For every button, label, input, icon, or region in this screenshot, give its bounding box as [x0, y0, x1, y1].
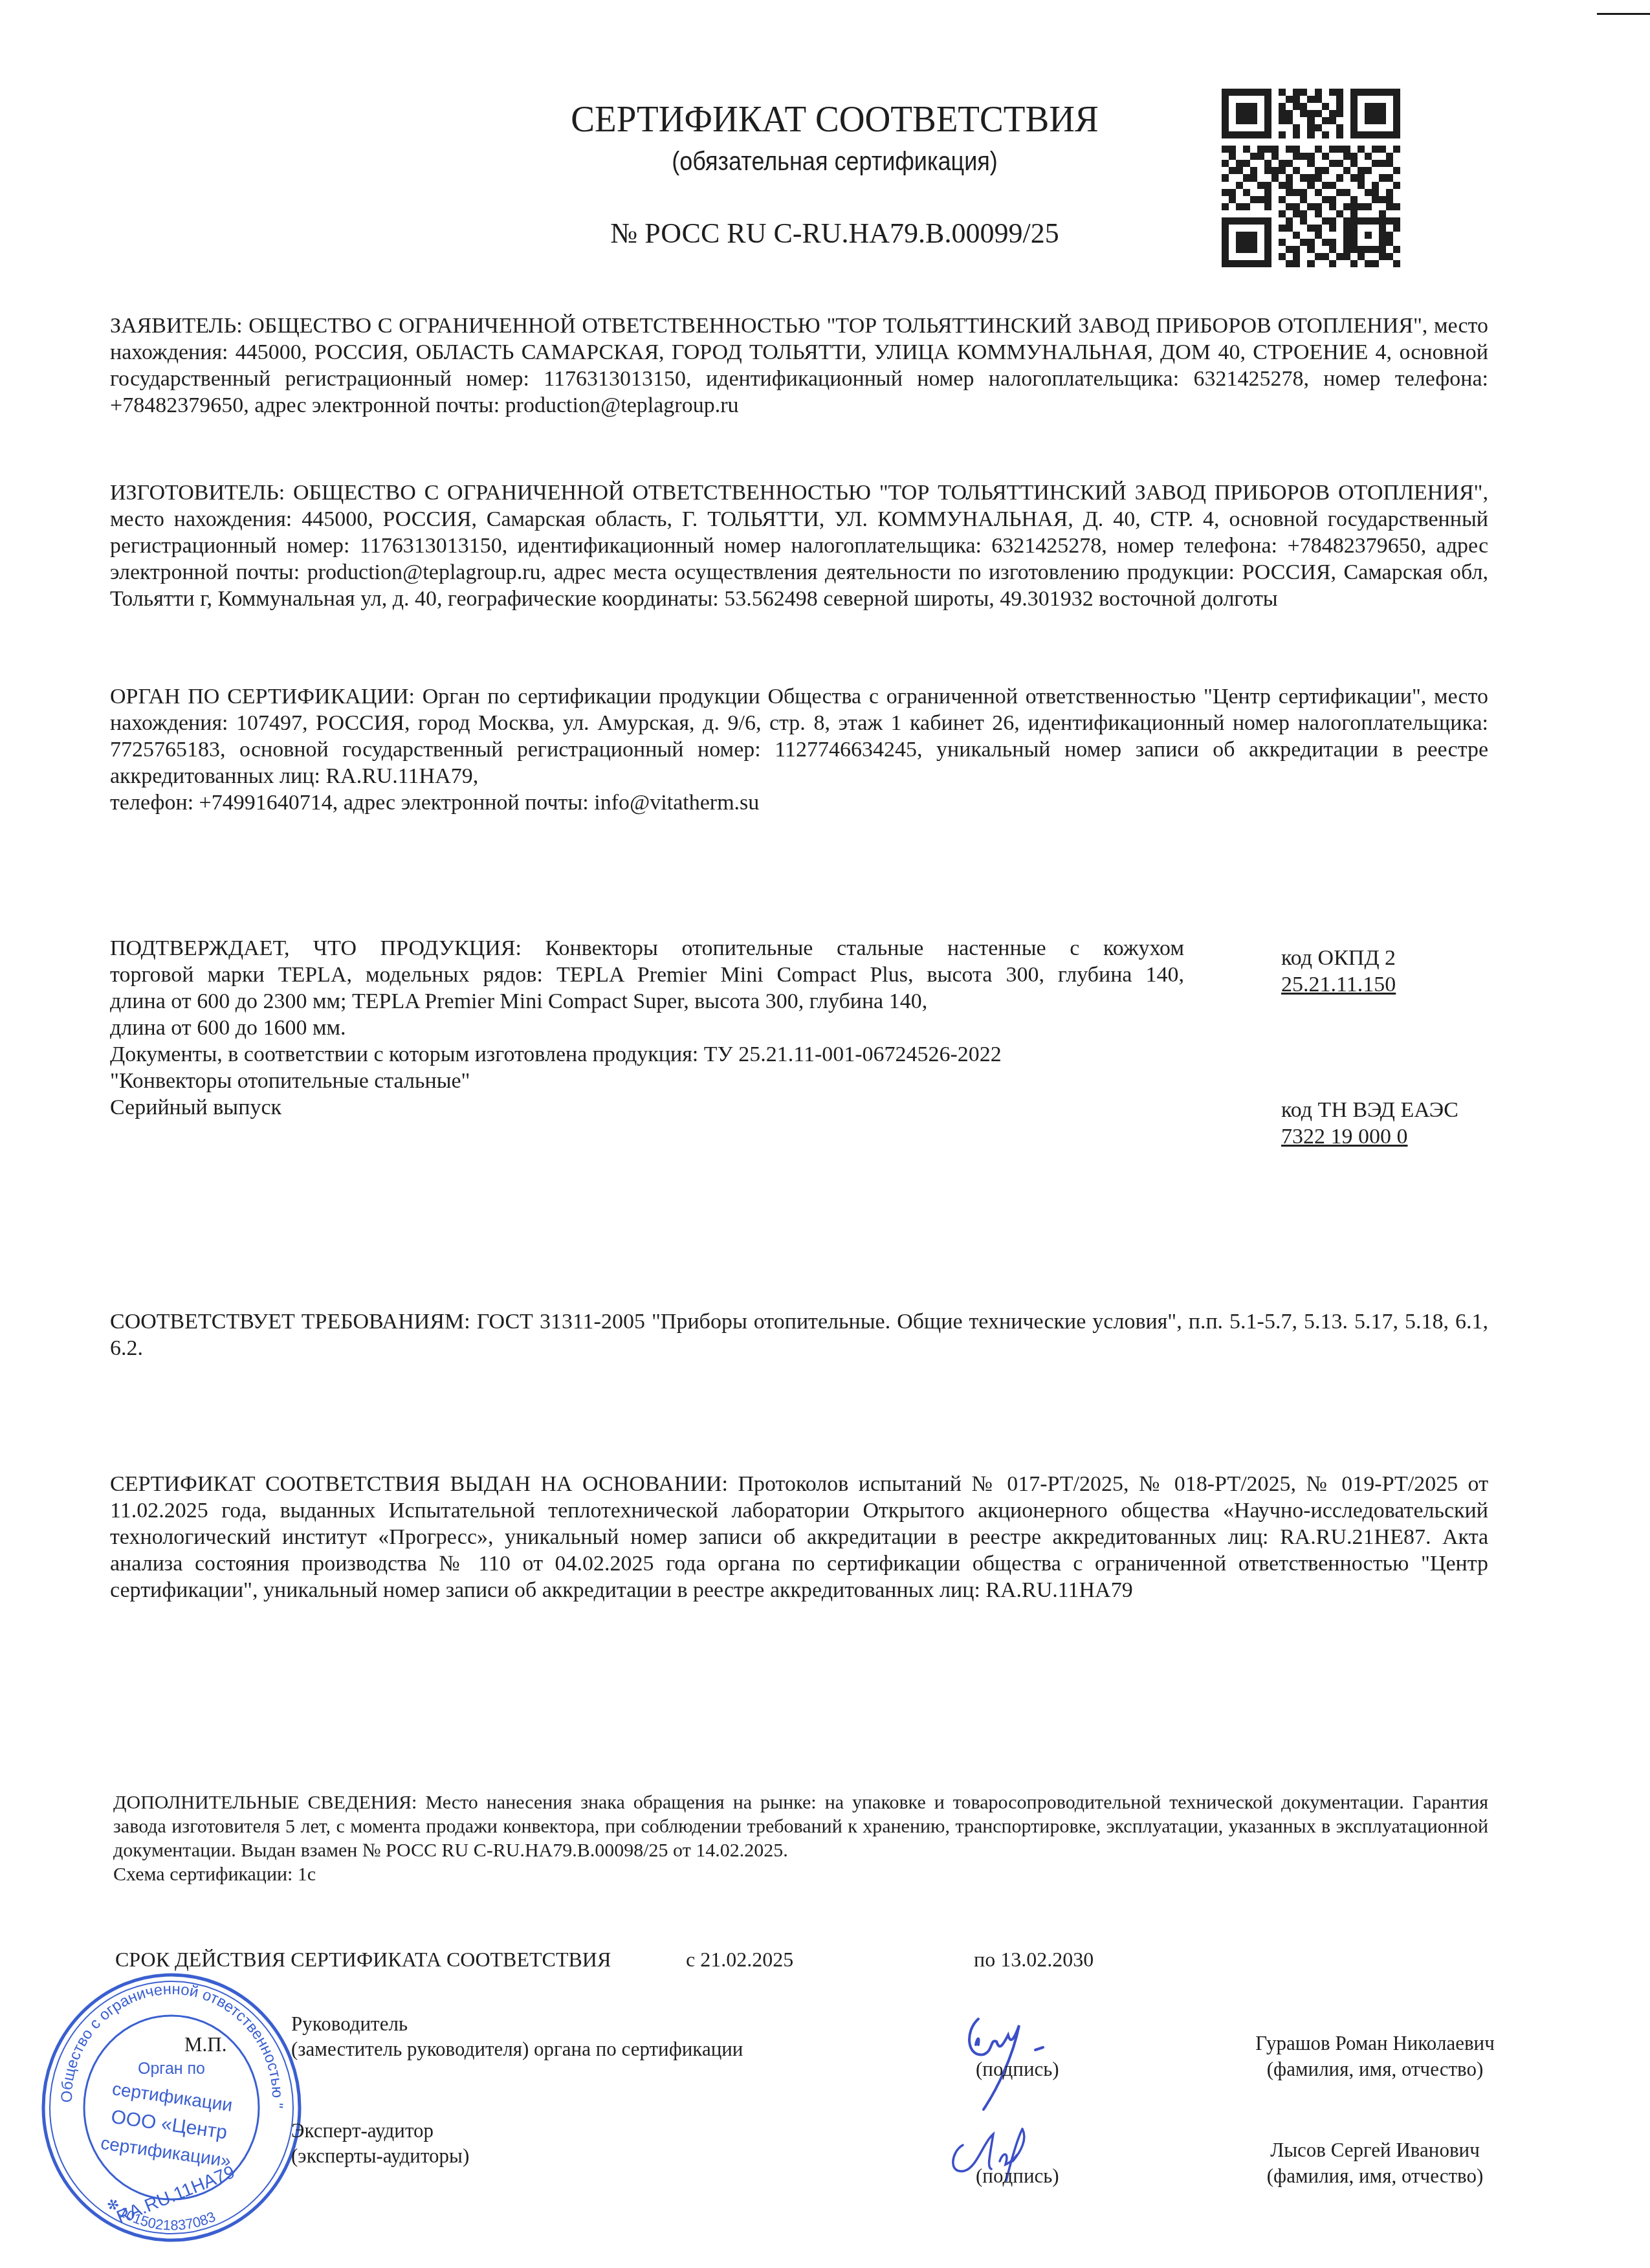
tnved-code: код ТН ВЭД ЕАЭС 7322 19 000 0 — [1281, 1097, 1458, 1150]
additional-section: ДОПОЛНИТЕЛЬНЫЕ СВЕДЕНИЯ: Место нанесения… — [113, 1790, 1488, 1886]
certification-body-section: ОРГАН ПО СЕРТИФИКАЦИИ: Орган по сертифик… — [110, 683, 1488, 816]
expert-signature-caption: (подпись) — [976, 2164, 1059, 2188]
head-role-line-2: (заместитель руководителя) органа по сер… — [291, 2036, 743, 2062]
okpd-label: код ОКПД 2 — [1281, 945, 1396, 971]
valid-from: с 21.02.2025 — [686, 1948, 793, 1972]
okpd-code: код ОКПД 2 25.21.11.150 — [1281, 945, 1396, 998]
expert-name-caption: (фамилия, имя, отчество) — [1239, 2164, 1511, 2188]
product-release: Серийный выпуск — [110, 1094, 1184, 1121]
svg-text:Орган по: Орган по — [138, 2060, 205, 2078]
manufacturer-label: ИЗГОТОВИТЕЛЬ: — [110, 481, 285, 505]
document-subtitle: (обязательная сертификация) — [573, 148, 1097, 177]
tnved-label: код ТН ВЭД ЕАЭС — [1281, 1097, 1458, 1123]
product-line-4: длина от 600 до 1600 мм. — [110, 1015, 1184, 1041]
expert-name: Лысов Сергей Иванович — [1239, 2139, 1511, 2162]
requirements-section: СООТВЕТСТВУЕТ ТРЕБОВАНИЯМ: ГОСТ 31311-20… — [110, 1308, 1488, 1361]
head-role: Руководитель (заместитель руководителя) … — [291, 2011, 743, 2062]
additional-label: ДОПОЛНИТЕЛЬНЫЕ СВЕДЕНИЯ: — [113, 1792, 417, 1813]
product-line-1: ПОДТВЕРЖДАЕТ, ЧТО ПРОДУКЦИЯ: Конвекторы … — [110, 935, 1184, 962]
requirements-label: СООТВЕТСТВУЕТ ТРЕБОВАНИЯМ: — [110, 1310, 470, 1334]
product-label: ПОДТВЕРЖДАЕТ, ЧТО ПРОДУКЦИЯ: — [110, 936, 522, 960]
stamp-place-label: М.П. — [184, 2032, 226, 2057]
qr-code-icon[interactable] — [1222, 89, 1400, 267]
expert-role: Эксперт-аудитор (эксперты-аудиторы) — [291, 2118, 469, 2168]
certification-body-label: ОРГАН ПО СЕРТИФИКАЦИИ: — [110, 685, 415, 709]
head-role-line-1: Руководитель — [291, 2011, 743, 2036]
corner-mark — [1597, 13, 1650, 15]
basis-section: СЕРТИФИКАТ СООТВЕТСТВИЯ ВЫДАН НА ОСНОВАН… — [110, 1471, 1488, 1603]
product-documents: Документы, в соответствии с которым изго… — [110, 1041, 1184, 1068]
certification-body-contact: телефон: +74991640714, адрес электронной… — [110, 789, 1488, 816]
head-name-caption: (фамилия, имя, отчество) — [1239, 2058, 1511, 2081]
expert-role-line-2: (эксперты-аудиторы) — [291, 2143, 469, 2168]
head-signature-caption: (подпись) — [976, 2058, 1059, 2081]
validity-label: СРОК ДЕЙСТВИЯ СЕРТИФИКАТА СООТВЕТСТВИЯ — [115, 1948, 611, 1972]
applicant-text: ОБЩЕСТВО С ОГРАНИЧЕННОЙ ОТВЕТСТВЕННОСТЬЮ… — [110, 314, 1488, 417]
expert-role-line-1: Эксперт-аудитор — [291, 2118, 469, 2143]
certification-body-stamp: Общество с ограниченной ответственностью… — [39, 1970, 304, 2242]
document-title: СЕРТИФИКАТ СООТВЕТСТВИЯ — [558, 97, 1112, 140]
okpd-value: 25.21.11.150 — [1281, 971, 1396, 998]
product-documents-name: "Конвекторы отопительные стальные" — [110, 1068, 1184, 1094]
manufacturer-section: ИЗГОТОВИТЕЛЬ: ОБЩЕСТВО С ОГРАНИЧЕННОЙ ОТ… — [110, 479, 1488, 612]
product-line-1-text: Конвекторы отопительные стальные настенн… — [545, 936, 1185, 960]
tnved-value: 7322 19 000 0 — [1281, 1123, 1458, 1150]
basis-label: СЕРТИФИКАТ СООТВЕТСТВИЯ ВЫДАН НА ОСНОВАН… — [110, 1472, 728, 1496]
applicant-label: ЗАЯВИТЕЛЬ: — [110, 314, 243, 338]
head-name: Гурашов Роман Николаевич — [1239, 2032, 1511, 2055]
product-section: ПОДТВЕРЖДАЕТ, ЧТО ПРОДУКЦИЯ: Конвекторы … — [110, 935, 1184, 1121]
valid-to: по 13.02.2030 — [974, 1948, 1094, 1972]
product-line-3: длина от 600 до 2300 мм; TEPLA Premier M… — [110, 988, 1184, 1015]
product-line-2: торговой марки TEPLA, модельных рядов: T… — [110, 962, 1184, 988]
certification-scheme: Схема сертификации: 1с — [113, 1862, 1488, 1886]
applicant-section: ЗАЯВИТЕЛЬ: ОБЩЕСТВО С ОГРАНИЧЕННОЙ ОТВЕТ… — [110, 313, 1488, 419]
manufacturer-text: ОБЩЕСТВО С ОГРАНИЧЕННОЙ ОТВЕТСТВЕННОСТЬЮ… — [110, 481, 1488, 611]
certificate-number: № РОСС RU C-RU.НА79.В.00099/25 — [544, 217, 1126, 250]
